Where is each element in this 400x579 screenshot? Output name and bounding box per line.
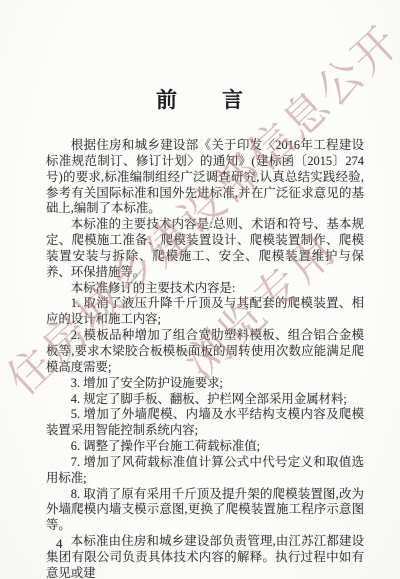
- foreword-paragraph-management: 本标准由住房和城乡建设部负责管理,由江苏江都建设集团有限公司负责具体技术内容的解…: [46, 534, 364, 579]
- revision-item-8: 8. 取消了原有采用千斤顶及提升架的爬模装置图,改为外墙爬模内墙支模示意图,更换…: [46, 487, 364, 535]
- page-number: 4: [56, 536, 63, 552]
- foreword-paragraph-revision-intro: 本标准修订的主要技术内容是:: [46, 281, 364, 297]
- revision-item-4: 4. 规定了脚手板、翻板、护栏网全部采用金属材料;: [46, 392, 364, 408]
- revision-item-5: 5. 增加了外墙爬模、内墙及水平结构支模内容及爬模装置采用智能控制系统内容;: [46, 407, 364, 439]
- revision-item-3: 3. 增加了安全防护设施要求;: [46, 376, 364, 392]
- revision-item-2: 2. 模板品种增加了组合宽肋塑料模板、组合铝合金模板等,要求木梁胶合板模板面板的…: [46, 328, 364, 376]
- document-page: 住房城乡建设部信息公开 浏览专用 前 言 根据住房和城乡建设部《关于印发〈201…: [0, 0, 400, 579]
- revision-item-6: 6. 调整了操作平台施工荷载标准值;: [46, 439, 364, 455]
- foreword-paragraph-basis: 根据住房和城乡建设部《关于印发〈2016年工程建设标准规范制订、修订计划〉的通知…: [46, 138, 364, 217]
- revision-item-1: 1. 取消了液压升降千斤顶及与其配套的爬模装置、相应的设计和施工内容;: [46, 296, 364, 328]
- page-title: 前 言: [0, 84, 400, 114]
- revision-item-7: 7. 增加了风荷载标准值计算公式中代号定义和取值选用标准;: [46, 455, 364, 487]
- foreword-paragraph-contents: 本标准的主要技术内容是:总则、术语和符号、基本规定、爬模施工准备、爬模装置设计、…: [46, 217, 364, 280]
- foreword-body: 根据住房和城乡建设部《关于印发〈2016年工程建设标准规范制订、修订计划〉的通知…: [46, 138, 364, 579]
